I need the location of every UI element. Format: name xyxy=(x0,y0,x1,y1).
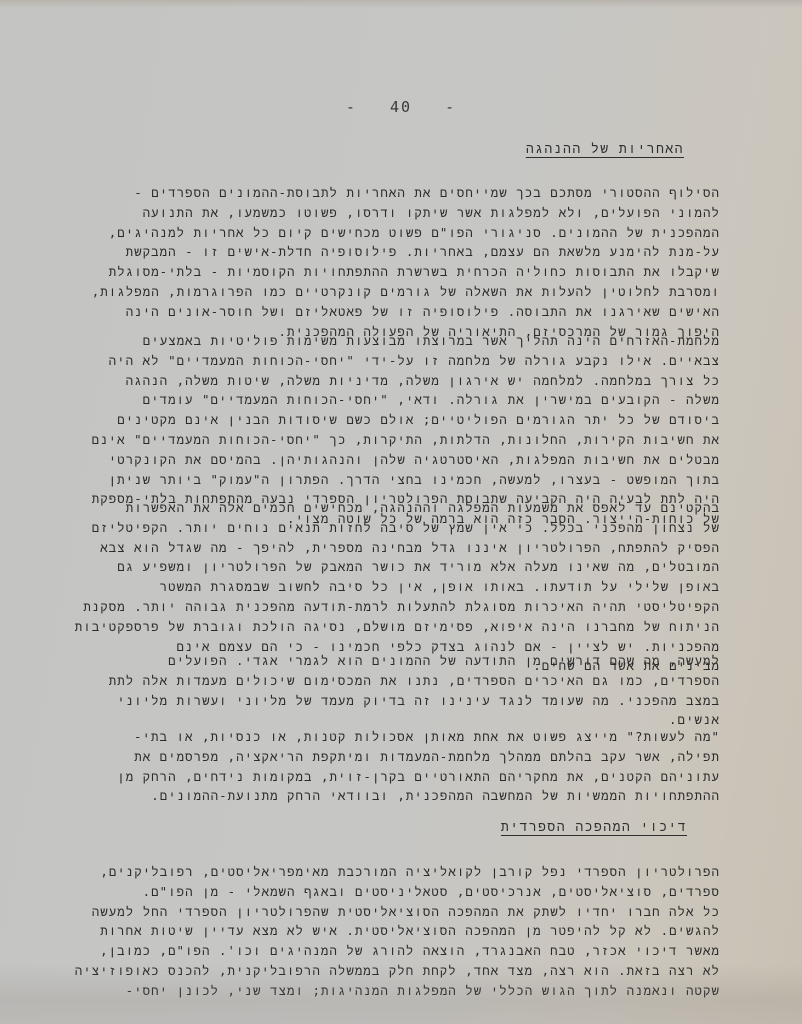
text-line: להגשים. לא קל להיפטר מן המהפכה הסוציאליס… xyxy=(40,921,720,941)
text-line: ההתפתחויות הממשיות של המחשבה המהפכנית, ו… xyxy=(70,786,720,806)
text-line: שיקבלו את התבוסות כחוליה הכרחית בשרשרת ה… xyxy=(70,262,720,282)
text-line: הפרולטריון הספרדי נפל קורבן לקואליציה המ… xyxy=(40,862,720,882)
text-line: שקטה ונאמנה לתוך הגוש הכללי של המפלגות ה… xyxy=(40,981,720,1001)
page-number-dash-right: - xyxy=(445,98,456,116)
section-heading-leadership-responsibility: האחריות של ההנהגה xyxy=(526,142,684,157)
section-heading-suppression-spanish-revolution: דיכוי המהפכה הספרדית xyxy=(501,820,687,835)
text-line: על-מנת להימנע מלשאת הם עצמם, באחריות. פי… xyxy=(70,242,720,262)
text-line: תפילה, אשר עקב בהלתם ממהלך מלחמת-המעמדות… xyxy=(70,747,720,767)
text-line: הסילוף ההסטורי מסתכם בכך שמייחסים את האח… xyxy=(70,183,720,203)
text-line: להמוני הפועלים, ולא למפלגות אשר שיתקו וד… xyxy=(70,203,720,223)
text-line: כל צורך במלחמה. למלחמה יש אירגון משלה, מ… xyxy=(70,371,720,391)
text-line: המובטלים, מה שאינו מעלה אלא מוריד את כוש… xyxy=(70,557,720,577)
text-line: "מה לעשות?" מייצג פשוט את אחת מאותן אסכו… xyxy=(70,727,720,747)
page-number-dash-left: - xyxy=(346,98,357,116)
page-top-edge xyxy=(0,0,802,8)
page-number: - 40 - xyxy=(0,98,802,116)
text-line: למעשה, מה שהם דורשים מן התודעה של ההמוני… xyxy=(70,651,720,671)
text-line: במצב מהפכני. מה שעומד לנגד עינינו זה בדי… xyxy=(70,691,720,711)
text-line: בתוך המופשט - בעצרו, למעשה, חכמינו בחצי … xyxy=(70,470,720,490)
paragraph: בהקטינם עד לאפס את משמעות המפלגה וההנהגה… xyxy=(70,498,720,676)
text-line: האישים שאירגנו את התבוסה. פילוסופיה זו ש… xyxy=(70,302,720,322)
text-line: לא רצה בזאת. הוא רצה, מצד אחד, לקחת חלק … xyxy=(40,961,720,981)
text-line: הניתוח של מחברנו הינה איפוא, פסימיזם מוש… xyxy=(70,617,720,637)
text-line: המהפכנית של ההמונים. סניגורי הפו"ם פשוט … xyxy=(70,223,720,243)
text-line: הספרדים, כמו גם האיכרים הספרדים, נתנו את… xyxy=(70,671,720,691)
text-line: צבאיים. אילו נקבע גורלה של מלחמה זו על-י… xyxy=(70,351,720,371)
paragraph: הפרולטריון הספרדי נפל קורבן לקואליציה המ… xyxy=(40,862,720,1001)
paragraph: הסילוף ההסטורי מסתכם בכך שמייחסים את האח… xyxy=(70,183,720,341)
text-line: משלה - הקובעים במישרין את גורלה. ודאי, "… xyxy=(70,390,720,410)
paragraph: "מה לעשות?" מייצג פשוט את אחת מאותן אסכו… xyxy=(70,727,720,806)
text-line: הקפיטליסטי תהיה האיכרות מסוגלת להתעלות ל… xyxy=(70,597,720,617)
page-number-value: 40 xyxy=(390,98,412,116)
text-line: בהקטינם עד לאפס את משמעות המפלגה וההנהגה… xyxy=(70,498,720,518)
text-line: עתוניהם הקטנים, את מחקריהם התאורטיים בקר… xyxy=(70,767,720,787)
text-line: מאשר דיכוי אכזר, טבח האבנגרד, הוצאה להור… xyxy=(40,941,720,961)
text-line: מלחמת-האזרחים הינה תהליך אשר במרוצתו מבו… xyxy=(70,331,720,351)
text-line: באופן שלילי על תודעתו. באותו אופן, אין כ… xyxy=(70,577,720,597)
paragraph: למעשה, מה שהם דורשים מן התודעה של ההמוני… xyxy=(70,651,720,730)
text-line: מבטלים את חשיבות המפלגות, האיסטרטגיה שלה… xyxy=(70,450,720,470)
text-line: ומסרבת לחלוטין להעלות את השאלה של גורמים… xyxy=(70,282,720,302)
text-line: את חשיבות הקירות, החלונות, הדלתות, התיקר… xyxy=(70,430,720,450)
text-line: כל אלה חברו יחדיו לשתק את המהפכה הסוציאל… xyxy=(40,902,720,922)
text-line: ביסודם של כל יתר הגורמים הפוליטיים; אולם… xyxy=(70,410,720,430)
text-line: ספרדים, סוציאליסטים, אנרכיסטים, סטאליניס… xyxy=(40,882,720,902)
text-line: של נצחון מהפכני בכלל. כי אין שמץ של סיבה… xyxy=(70,518,720,538)
text-line: הפסיק להתפתח, הפרולטריון איננו גדל מבחינ… xyxy=(70,538,720,558)
